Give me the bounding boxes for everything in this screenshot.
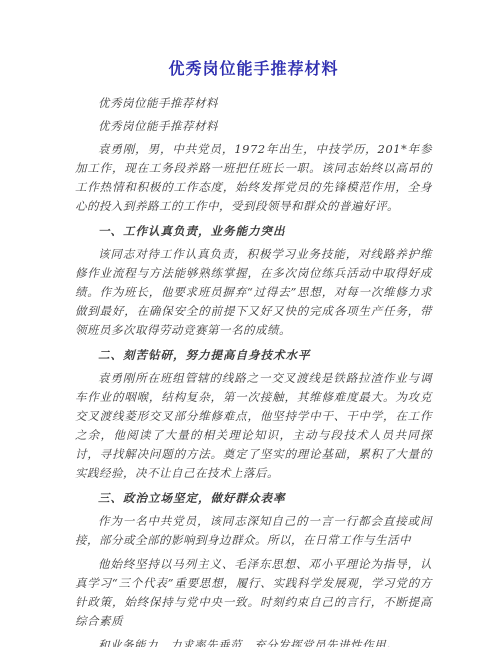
paragraph: 该同志对待工作认真负责，积极学习业务技能，对线路养护维修作业流程与方法能够熟练掌… [75,245,432,340]
doc-body: 优秀岗位能手推荐材料优秀岗位能手推荐材料袁勇刚，男，中共党员，1972年出生，中… [75,94,432,647]
document-page: 优秀岗位能手推荐材料 优秀岗位能手推荐材料优秀岗位能手推荐材料袁勇刚，男，中共党… [0,0,500,647]
paragraph: 袁勇刚所在班组管辖的线路之一交叉渡线是铁路拉渣作业与调车作业的咽喉，结构复杂，第… [75,369,432,483]
section-heading: 二、刻苦钻研，努力提高自身技术水平 [75,346,432,365]
paragraph: 袁勇刚，男，中共党员，1972年出生，中技学历，201*年参加工作，现在工务段养… [75,140,432,216]
page-title: 优秀岗位能手推荐材料 [75,56,432,79]
doc-subtitle: 优秀岗位能手推荐材料 [75,117,432,136]
paragraph: 和业务能力，力求率先垂范，充分发挥党员先进性作用。 [75,636,432,647]
paragraph: 作为一名中共党员，该同志深知自己的一言一行都会直接或间接，部分或全部的影响到身边… [75,512,432,550]
paragraph: 他始终坚持以马列主义、毛泽东思想、邓小平理论为指导，认真学习“三个代表”重要思想… [75,555,432,631]
section-heading: 三、政治立场坚定，做好群众表率 [75,489,432,508]
doc-subtitle: 优秀岗位能手推荐材料 [75,94,432,113]
section-heading: 一、工作认真负责，业务能力突出 [75,222,432,241]
